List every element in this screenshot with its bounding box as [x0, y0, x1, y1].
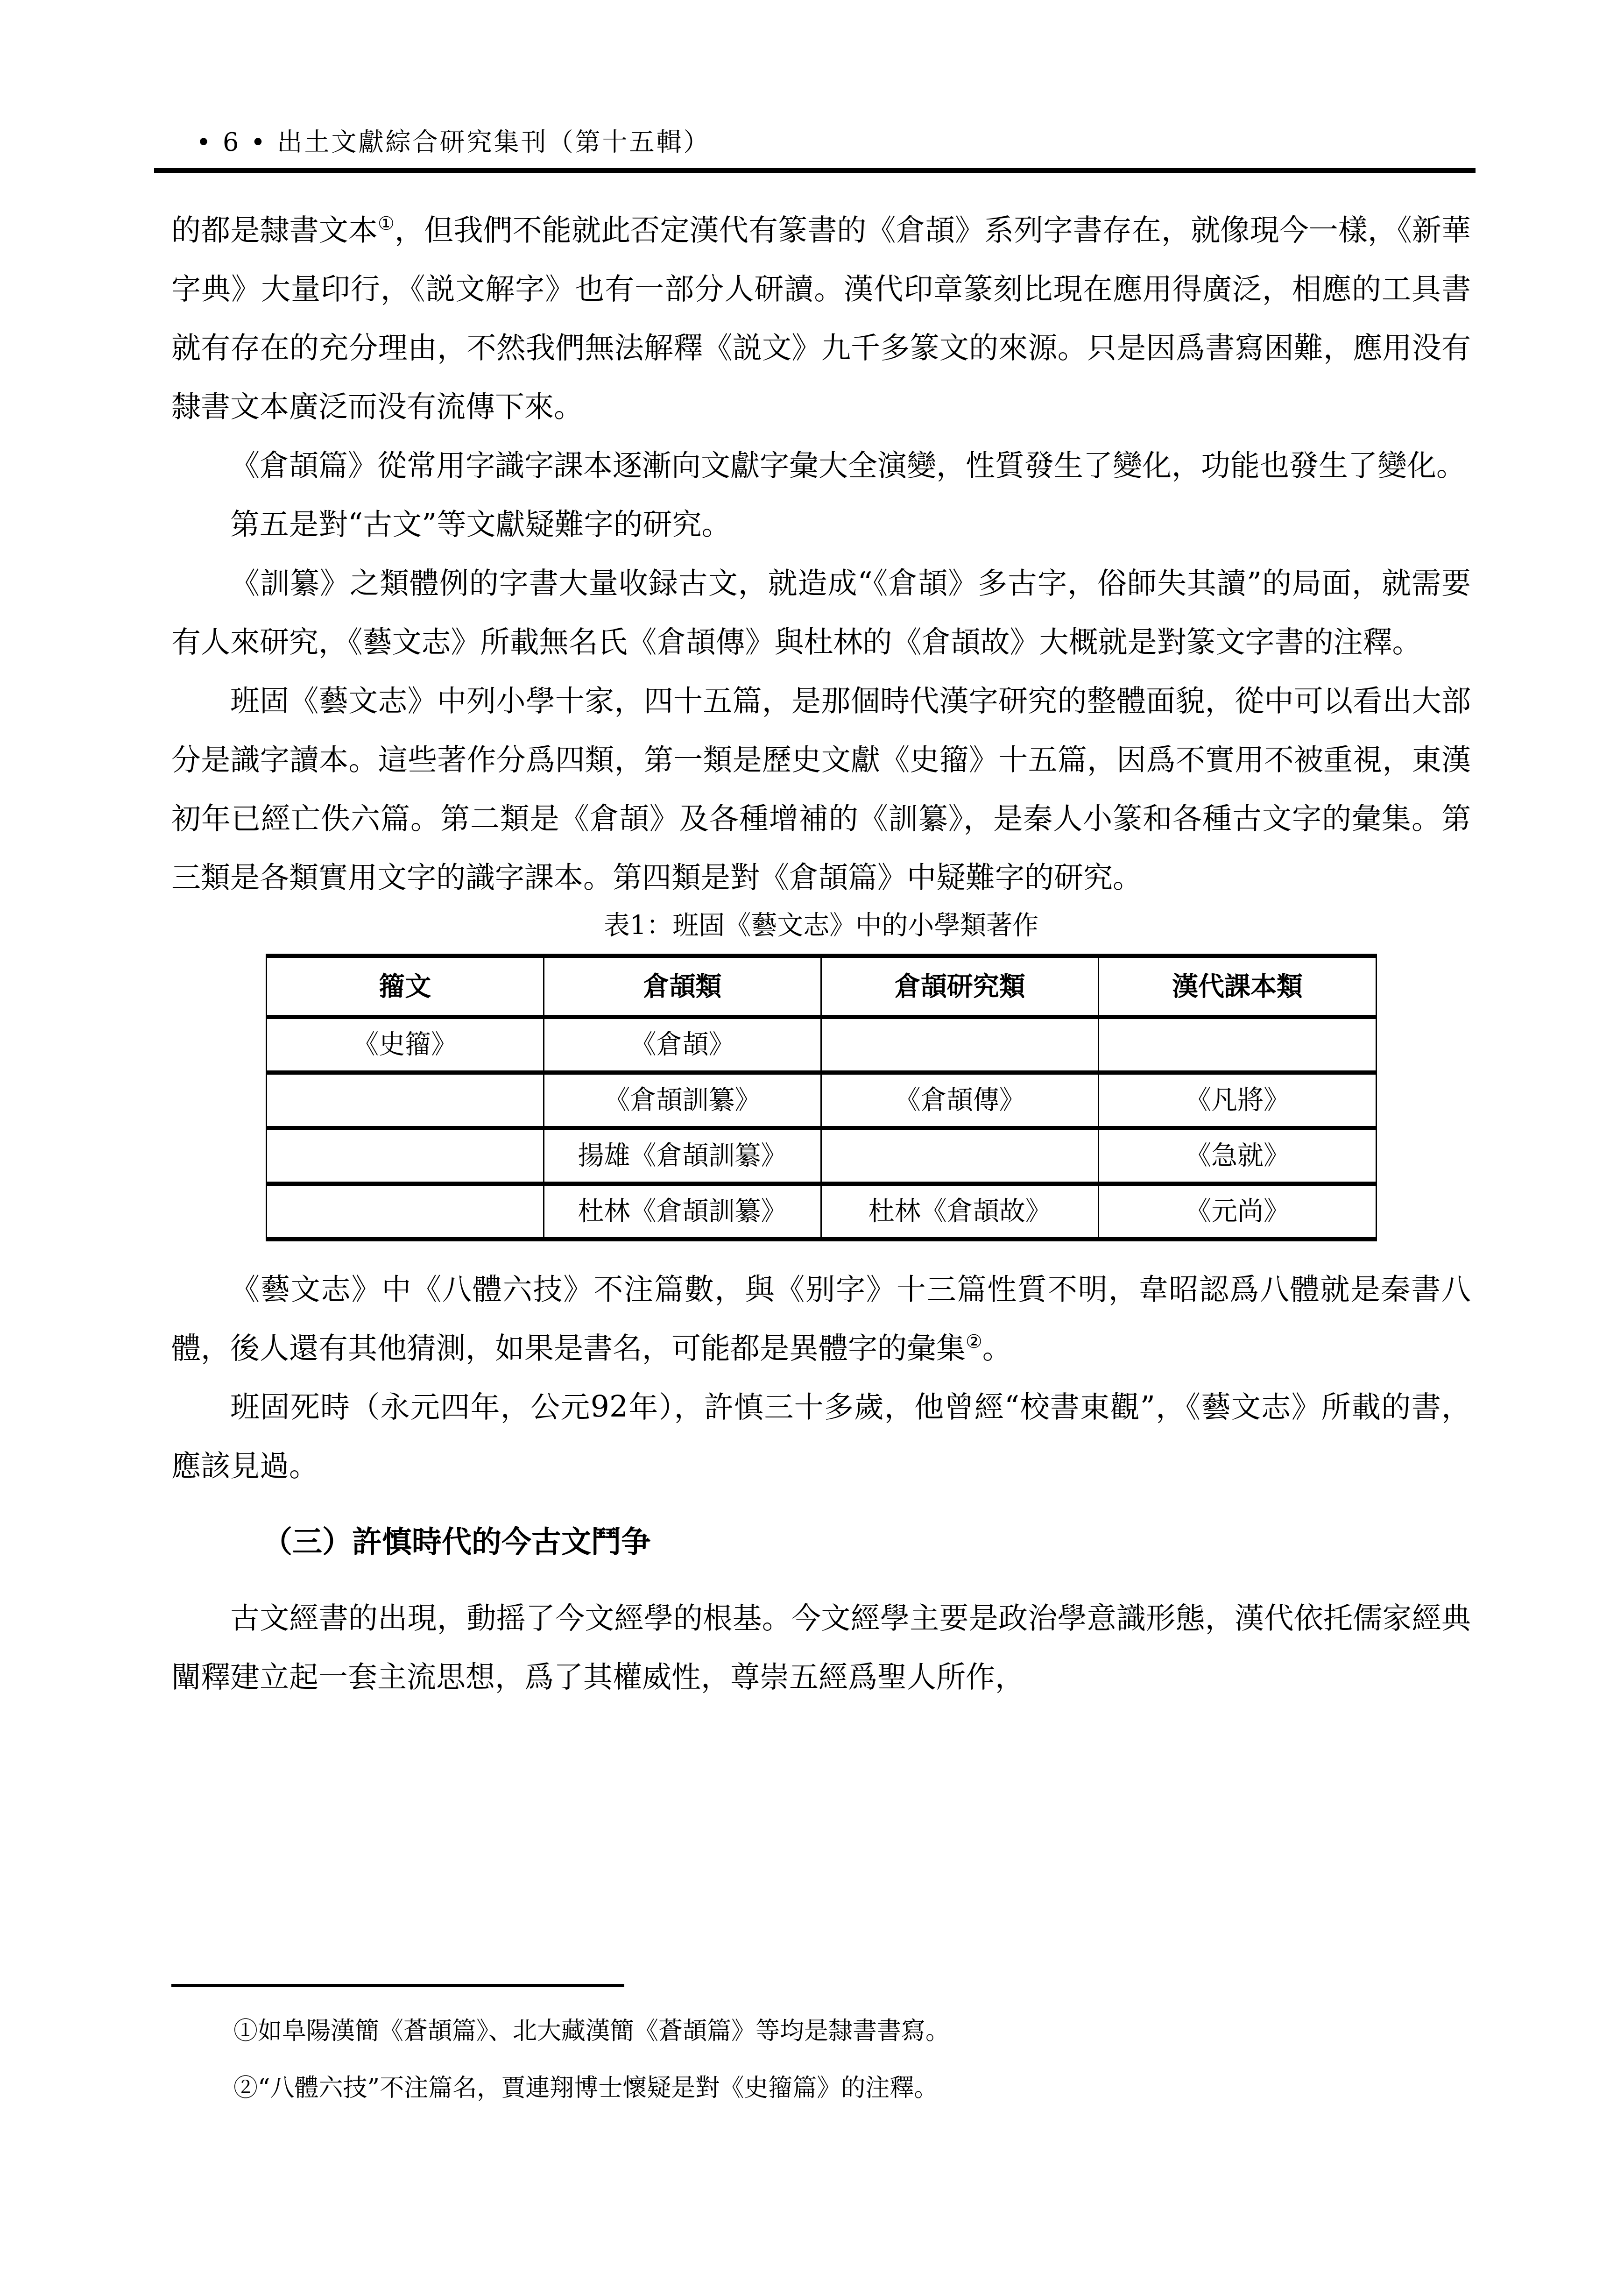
table-header-row: 籀文 倉頡類 倉頡研究類 漢代課本類	[266, 956, 1376, 1017]
table-row: 《倉頡訓纂》 《倉頡傳》 《凡將》	[266, 1073, 1376, 1128]
paragraph-text: 的都是隸書文本	[171, 213, 378, 247]
table-header-cell: 倉頡研究類	[821, 956, 1099, 1017]
table-caption: 表1：班固《藝文志》中的小學類著作	[171, 907, 1471, 944]
paragraph: 古文經書的出現，動摇了今文經學的根基。今文經學主要是政治學意識形態，漢代依托儒家…	[171, 1589, 1471, 1707]
paragraph: 第五是對“古文”等文獻疑難字的研究。	[171, 495, 1471, 554]
table-cell	[266, 1128, 544, 1184]
xiaoxue-works-table: 籀文 倉頡類 倉頡研究類 漢代課本類 《史籀》 《倉頡》 《倉頡訓纂》 《倉頡傳…	[266, 954, 1377, 1241]
paragraph-text: 《藝文志》中《八體六技》不注篇數，與《别字》十三篇性質不明，韋昭認爲八體就是秦書…	[171, 1272, 1471, 1365]
document-page: • 6 • 出土文獻綜合研究集刊（第十五輯） 的都是隸書文本①，但我們不能就此否…	[0, 0, 1624, 2295]
table-cell	[821, 1017, 1099, 1073]
section-heading: （三）許慎時代的今古文鬥争	[262, 1521, 1471, 1563]
table-row: 揚雄《倉頡訓纂》 《急就》	[266, 1128, 1376, 1184]
table-cell: 《倉頡傳》	[821, 1073, 1099, 1128]
running-header: • 6 • 出土文獻綜合研究集刊（第十五輯）	[196, 122, 711, 158]
paragraph-text: 。	[982, 1331, 1012, 1365]
table-cell: 《急就》	[1099, 1128, 1376, 1184]
footnotes-section: ①如阜陽漢簡《蒼頡篇》、北大藏漢簡《蒼頡篇》等均是隸書書寫。 ②“八體六技”不注…	[171, 1984, 1471, 2117]
table-cell	[266, 1073, 544, 1128]
paragraph: 《藝文志》中《八體六技》不注篇數，與《别字》十三篇性質不明，韋昭認爲八體就是秦書…	[171, 1260, 1471, 1378]
table-cell	[821, 1128, 1099, 1184]
paragraph: 班固《藝文志》中列小學十家，四十五篇，是那個時代漢字研究的整體面貌，從中可以看出…	[171, 672, 1471, 907]
header-rule	[154, 168, 1476, 173]
footnote-text: “八體六技”不注篇名，賈連翔博士懷疑是對《史籀篇》的注釋。	[258, 2074, 938, 2102]
table-cell: 《倉頡》	[544, 1017, 821, 1073]
table-cell: 《凡將》	[1099, 1073, 1376, 1128]
footnote-separator-rule	[171, 1984, 624, 1987]
paragraph: 班固死時（永元四年，公元92年），許慎三十多歲，他曾經“校書東觀”，《藝文志》所…	[171, 1378, 1471, 1495]
page-body: 的都是隸書文本①，但我們不能就此否定漢代有篆書的《倉頡》系列字書存在，就像現今一…	[171, 201, 1471, 1707]
table-header-cell: 倉頡類	[544, 956, 821, 1017]
paragraph: 《倉頡篇》從常用字識字課本逐漸向文獻字彙大全演變，性質發生了變化，功能也發生了變…	[171, 436, 1471, 495]
table-cell	[266, 1184, 544, 1240]
table-header-cell: 籀文	[266, 956, 544, 1017]
footnote-item: ②“八體六技”不注篇名，賈連翔博士懷疑是對《史籀篇》的注釋。	[171, 2060, 1471, 2117]
paragraph-continuation: 的都是隸書文本①，但我們不能就此否定漢代有篆書的《倉頡》系列字書存在，就像現今一…	[171, 201, 1471, 436]
footnote-text: 如阜陽漢簡《蒼頡篇》、北大藏漢簡《蒼頡篇》等均是隸書書寫。	[258, 2017, 950, 2045]
table-cell: 杜林《倉頡訓纂》	[544, 1184, 821, 1240]
table-row: 杜林《倉頡訓纂》 杜林《倉頡故》 《元尚》	[266, 1184, 1376, 1240]
table-cell: 杜林《倉頡故》	[821, 1184, 1099, 1240]
paragraph: 《訓纂》之類體例的字書大量收録古文，就造成“《倉頡》多古字，俗師失其讀”的局面，…	[171, 554, 1471, 672]
table-cell: 《倉頡訓纂》	[544, 1073, 821, 1128]
table-header-cell: 漢代課本類	[1099, 956, 1376, 1017]
footnote-marker: ②	[233, 2074, 258, 2102]
table-cell	[1099, 1017, 1376, 1073]
footnote-ref-1: ①	[378, 213, 395, 234]
footnote-ref-2: ②	[966, 1331, 982, 1353]
table-cell: 揚雄《倉頡訓纂》	[544, 1128, 821, 1184]
table-cell: 《史籀》	[266, 1017, 544, 1073]
table-row: 《史籀》 《倉頡》	[266, 1017, 1376, 1073]
table-cell: 《元尚》	[1099, 1184, 1376, 1240]
footnote-marker: ①	[233, 2017, 258, 2045]
footnote-item: ①如阜陽漢簡《蒼頡篇》、北大藏漢簡《蒼頡篇》等均是隸書書寫。	[171, 2003, 1471, 2060]
